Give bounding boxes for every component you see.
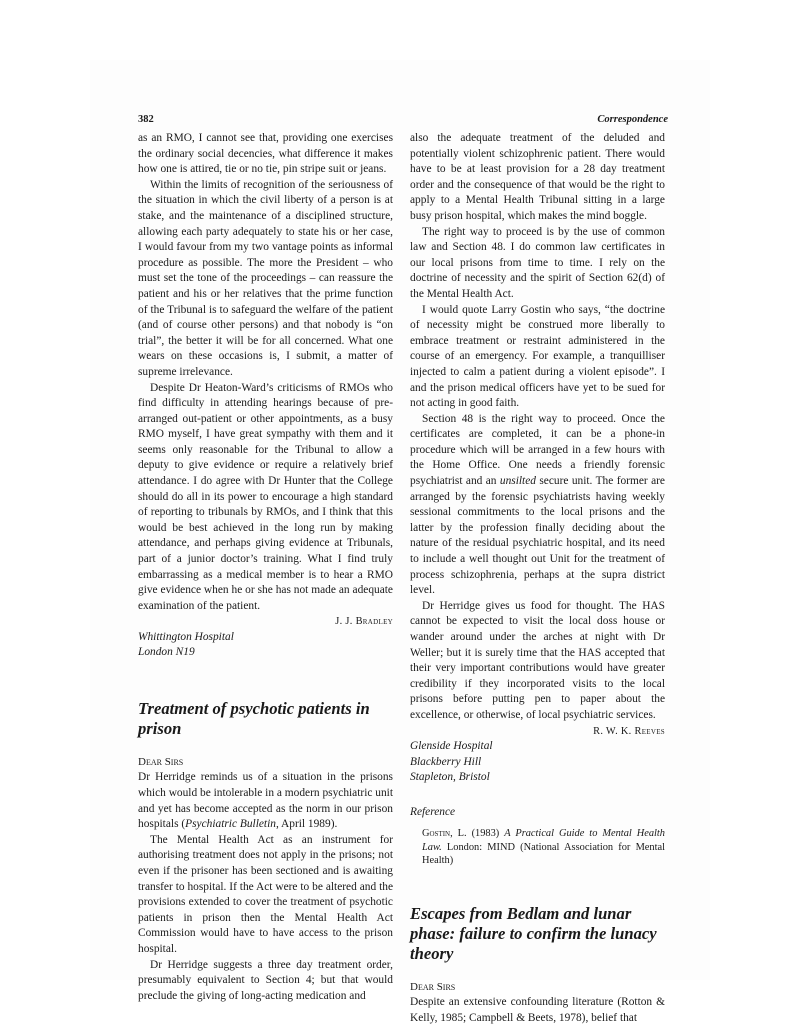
paragraph: Despite Dr Heaton-Ward’s criticisms of R… [138,381,393,615]
section-heading: Correspondence [597,114,668,125]
signature: R. W. K. Reeves [410,724,665,740]
page-number: 382 [138,114,154,125]
left-column: as an RMO, I cannot see that, providing … [138,131,393,1004]
paragraph: as an RMO, I cannot see that, providing … [138,131,393,178]
article-title: Treatment of psychotic patients in priso… [138,699,393,739]
signature: J. J. Bradley [138,614,393,630]
address-line: Glenside Hospital [410,739,665,754]
salutation: Dear Sirs [138,755,393,771]
right-column: also the adequate treatment of the delud… [410,131,665,1027]
article-title: Escapes from Bedlam and lunar phase: fai… [410,904,665,964]
paragraph: Dr Herridge gives us food for thought. T… [410,599,665,724]
paragraph: Dr Herridge reminds us of a situation in… [138,770,393,832]
paragraph: also the adequate treatment of the delud… [410,131,665,225]
address-line: Whittington Hospital [138,630,393,645]
address-line: Stapleton, Bristol [410,770,665,785]
paragraph: The right way to proceed is by the use o… [410,225,665,303]
reference-entry: Gostin, L. (1983) A Practical Guide to M… [410,827,665,868]
paragraph: I would quote Larry Gostin who says, “th… [410,303,665,412]
reference-heading: Reference [410,805,665,821]
salutation: Dear Sirs [410,980,665,996]
address-line: London N19 [138,645,393,660]
paragraph: Despite an extensive confounding literat… [410,995,665,1026]
paragraph: Dr Herridge suggests a three day treatme… [138,958,393,1005]
address-line: Blackberry Hill [410,755,665,770]
paragraph: The Mental Health Act as an instrument f… [138,833,393,958]
paragraph: Within the limits of recognition of the … [138,178,393,381]
paragraph: Section 48 is the right way to proceed. … [410,412,665,599]
